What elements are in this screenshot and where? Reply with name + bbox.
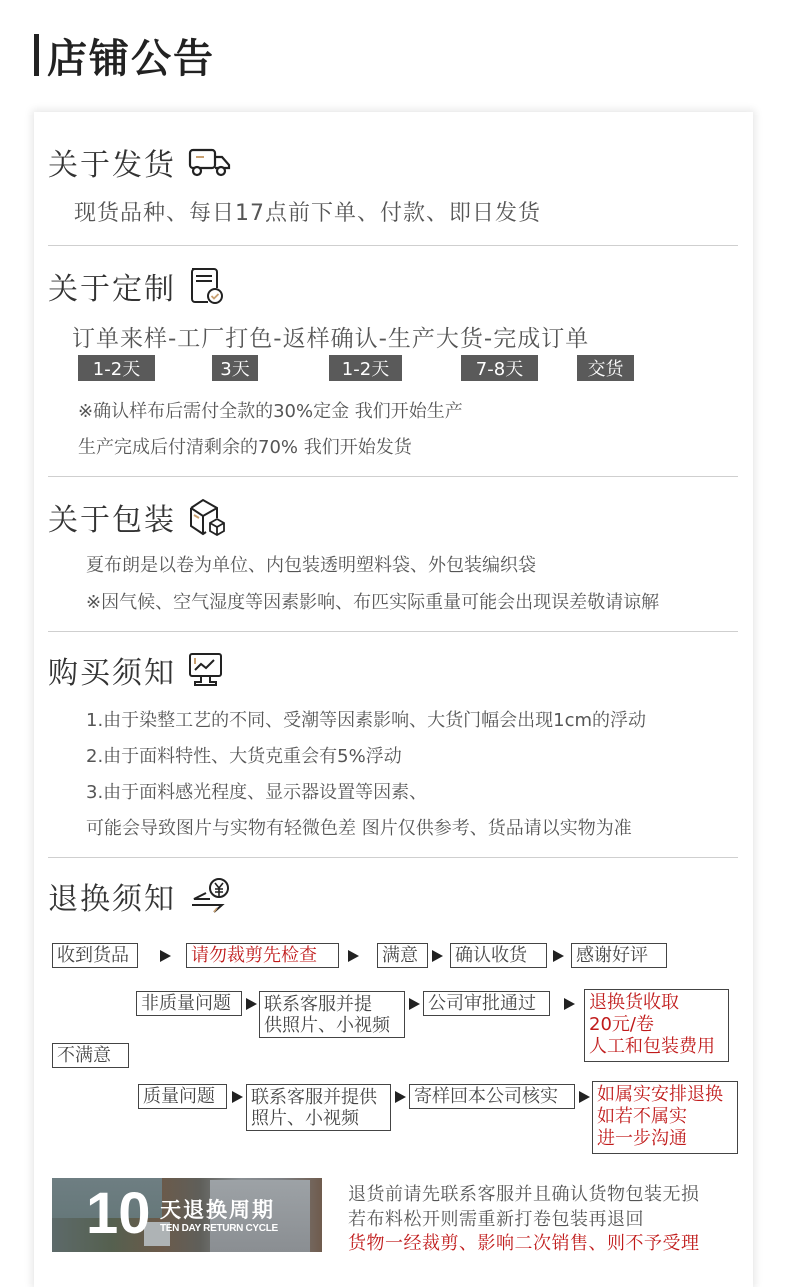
- shipping-text: 现货品种、每日17点前下单、付款、即日发货: [74, 196, 541, 227]
- return-days-number: 10: [86, 1180, 151, 1247]
- section-heading: 关于定制: [48, 264, 176, 308]
- flow-arrow: [246, 998, 257, 1010]
- package-box-icon: [188, 498, 228, 536]
- flow-arrow: [160, 950, 171, 962]
- divider: [48, 631, 738, 632]
- custom-process-text: 订单来样-工厂打色-返样确认-生产大货-完成订单: [72, 320, 589, 353]
- purchase-note: 3.由于面料感光程度、显示器设置等因素、: [86, 778, 427, 804]
- duration-tag: 1-2天: [78, 355, 155, 381]
- section-purchase: 购买须知: [48, 648, 738, 692]
- section-heading: 关于包装: [48, 495, 176, 539]
- flow-step-satisfied: 满意: [377, 943, 428, 968]
- duration-tag: 7-8天: [461, 355, 538, 381]
- monitor-chart-icon: [188, 652, 224, 688]
- flow-arrow: [553, 950, 564, 962]
- flow-arrow: [232, 1091, 243, 1103]
- flow-step-return-fee: 退换货收取 20元/卷 人工和包装费用: [584, 989, 729, 1062]
- section-custom: 关于定制: [48, 264, 738, 308]
- flow-step-inspect-first: 请勿裁剪先检查: [186, 943, 339, 968]
- section-returns: 退换须知: [48, 874, 738, 918]
- section-shipping: 关于发货: [48, 140, 738, 184]
- purchase-note: 1.由于染整工艺的不同、受潮等因素影响、大货门幅会出现1cm的浮动: [86, 706, 646, 732]
- flow-step-contact-service: 联系客服并提 供照片、小视频: [259, 991, 405, 1038]
- purchase-note: 可能会导致图片与实物有轻微色差 图片仅供参考、货品请以实物为准: [86, 814, 632, 840]
- truck-icon: [188, 147, 232, 177]
- return-cycle-title: 天退换周期: [160, 1194, 275, 1224]
- flow-arrow: [395, 1091, 406, 1103]
- flow-step-receive-goods: 收到货品: [52, 943, 138, 968]
- flow-step-confirm-receipt: 确认收货: [450, 943, 547, 968]
- return-note: 若布料松开则需重新打卷包装再退回: [348, 1205, 644, 1231]
- flow-step-approval: 公司审批通过: [423, 991, 550, 1016]
- packaging-note: ※因气候、空气湿度等因素影响、布匹实际重量可能会出现误差敬请谅解: [86, 588, 659, 614]
- document-check-icon: [188, 267, 224, 305]
- divider: [48, 245, 738, 246]
- section-heading: 购买须知: [48, 648, 176, 692]
- custom-note: ※确认样布后需付全款的30%定金 我们开始生产: [78, 397, 463, 423]
- return-note: 退货前请先联系客服并且确认货物包装无损: [348, 1180, 700, 1206]
- flow-step-send-sample: 寄样回本公司核实: [409, 1084, 575, 1109]
- packaging-text: 夏布朗是以卷为单位、内包装透明塑料袋、外包装编织袋: [86, 551, 536, 577]
- title-bar-accent: [34, 34, 39, 76]
- flow-step-thank-review: 感谢好评: [571, 943, 667, 968]
- return-cycle-banner: 10 天退换周期 TEN DAY RETURN CYCLE: [52, 1178, 322, 1252]
- flow-step-quality-issue: 质量问题: [138, 1084, 227, 1109]
- flow-arrow: [348, 950, 359, 962]
- delivery-tag: 交货: [577, 355, 634, 381]
- section-packaging: 关于包装: [48, 495, 738, 539]
- page-title: 店铺公告: [34, 30, 215, 80]
- duration-tag: 3天: [212, 355, 258, 381]
- flow-arrow: [579, 1091, 590, 1103]
- flow-arrow: [432, 950, 443, 962]
- announcement-card: 关于发货 现货品种、每日17点前下单、付款、即日发货 关于定制 订单来样-工厂打…: [34, 112, 753, 1287]
- flow-arrow: [564, 998, 575, 1010]
- return-cycle-subtitle: TEN DAY RETURN CYCLE: [160, 1223, 278, 1234]
- duration-tag: 1-2天: [329, 355, 402, 381]
- flow-step-contact-service-quality: 联系客服并提供 照片、小视频: [246, 1084, 391, 1131]
- flow-arrow: [409, 998, 420, 1010]
- section-heading: 关于发货: [48, 140, 176, 184]
- section-heading: 退换须知: [48, 874, 176, 918]
- flow-step-non-quality-issue: 非质量问题: [136, 991, 242, 1016]
- yuan-exchange-icon: [188, 877, 232, 915]
- flow-step-unsatisfied: 不满意: [52, 1043, 129, 1068]
- purchase-note: 2.由于面料特性、大货克重会有5%浮动: [86, 742, 402, 768]
- divider: [48, 476, 738, 477]
- page-title-text: 店铺公告: [47, 27, 215, 84]
- return-warning: 货物一经裁剪、影响二次销售、则不予受理: [348, 1229, 700, 1255]
- flow-step-verify-result: 如属实安排退换 如若不属实 进一步沟通: [592, 1081, 738, 1154]
- custom-note: 生产完成后付清剩余的70% 我们开始发货: [78, 433, 412, 459]
- divider: [48, 857, 738, 858]
